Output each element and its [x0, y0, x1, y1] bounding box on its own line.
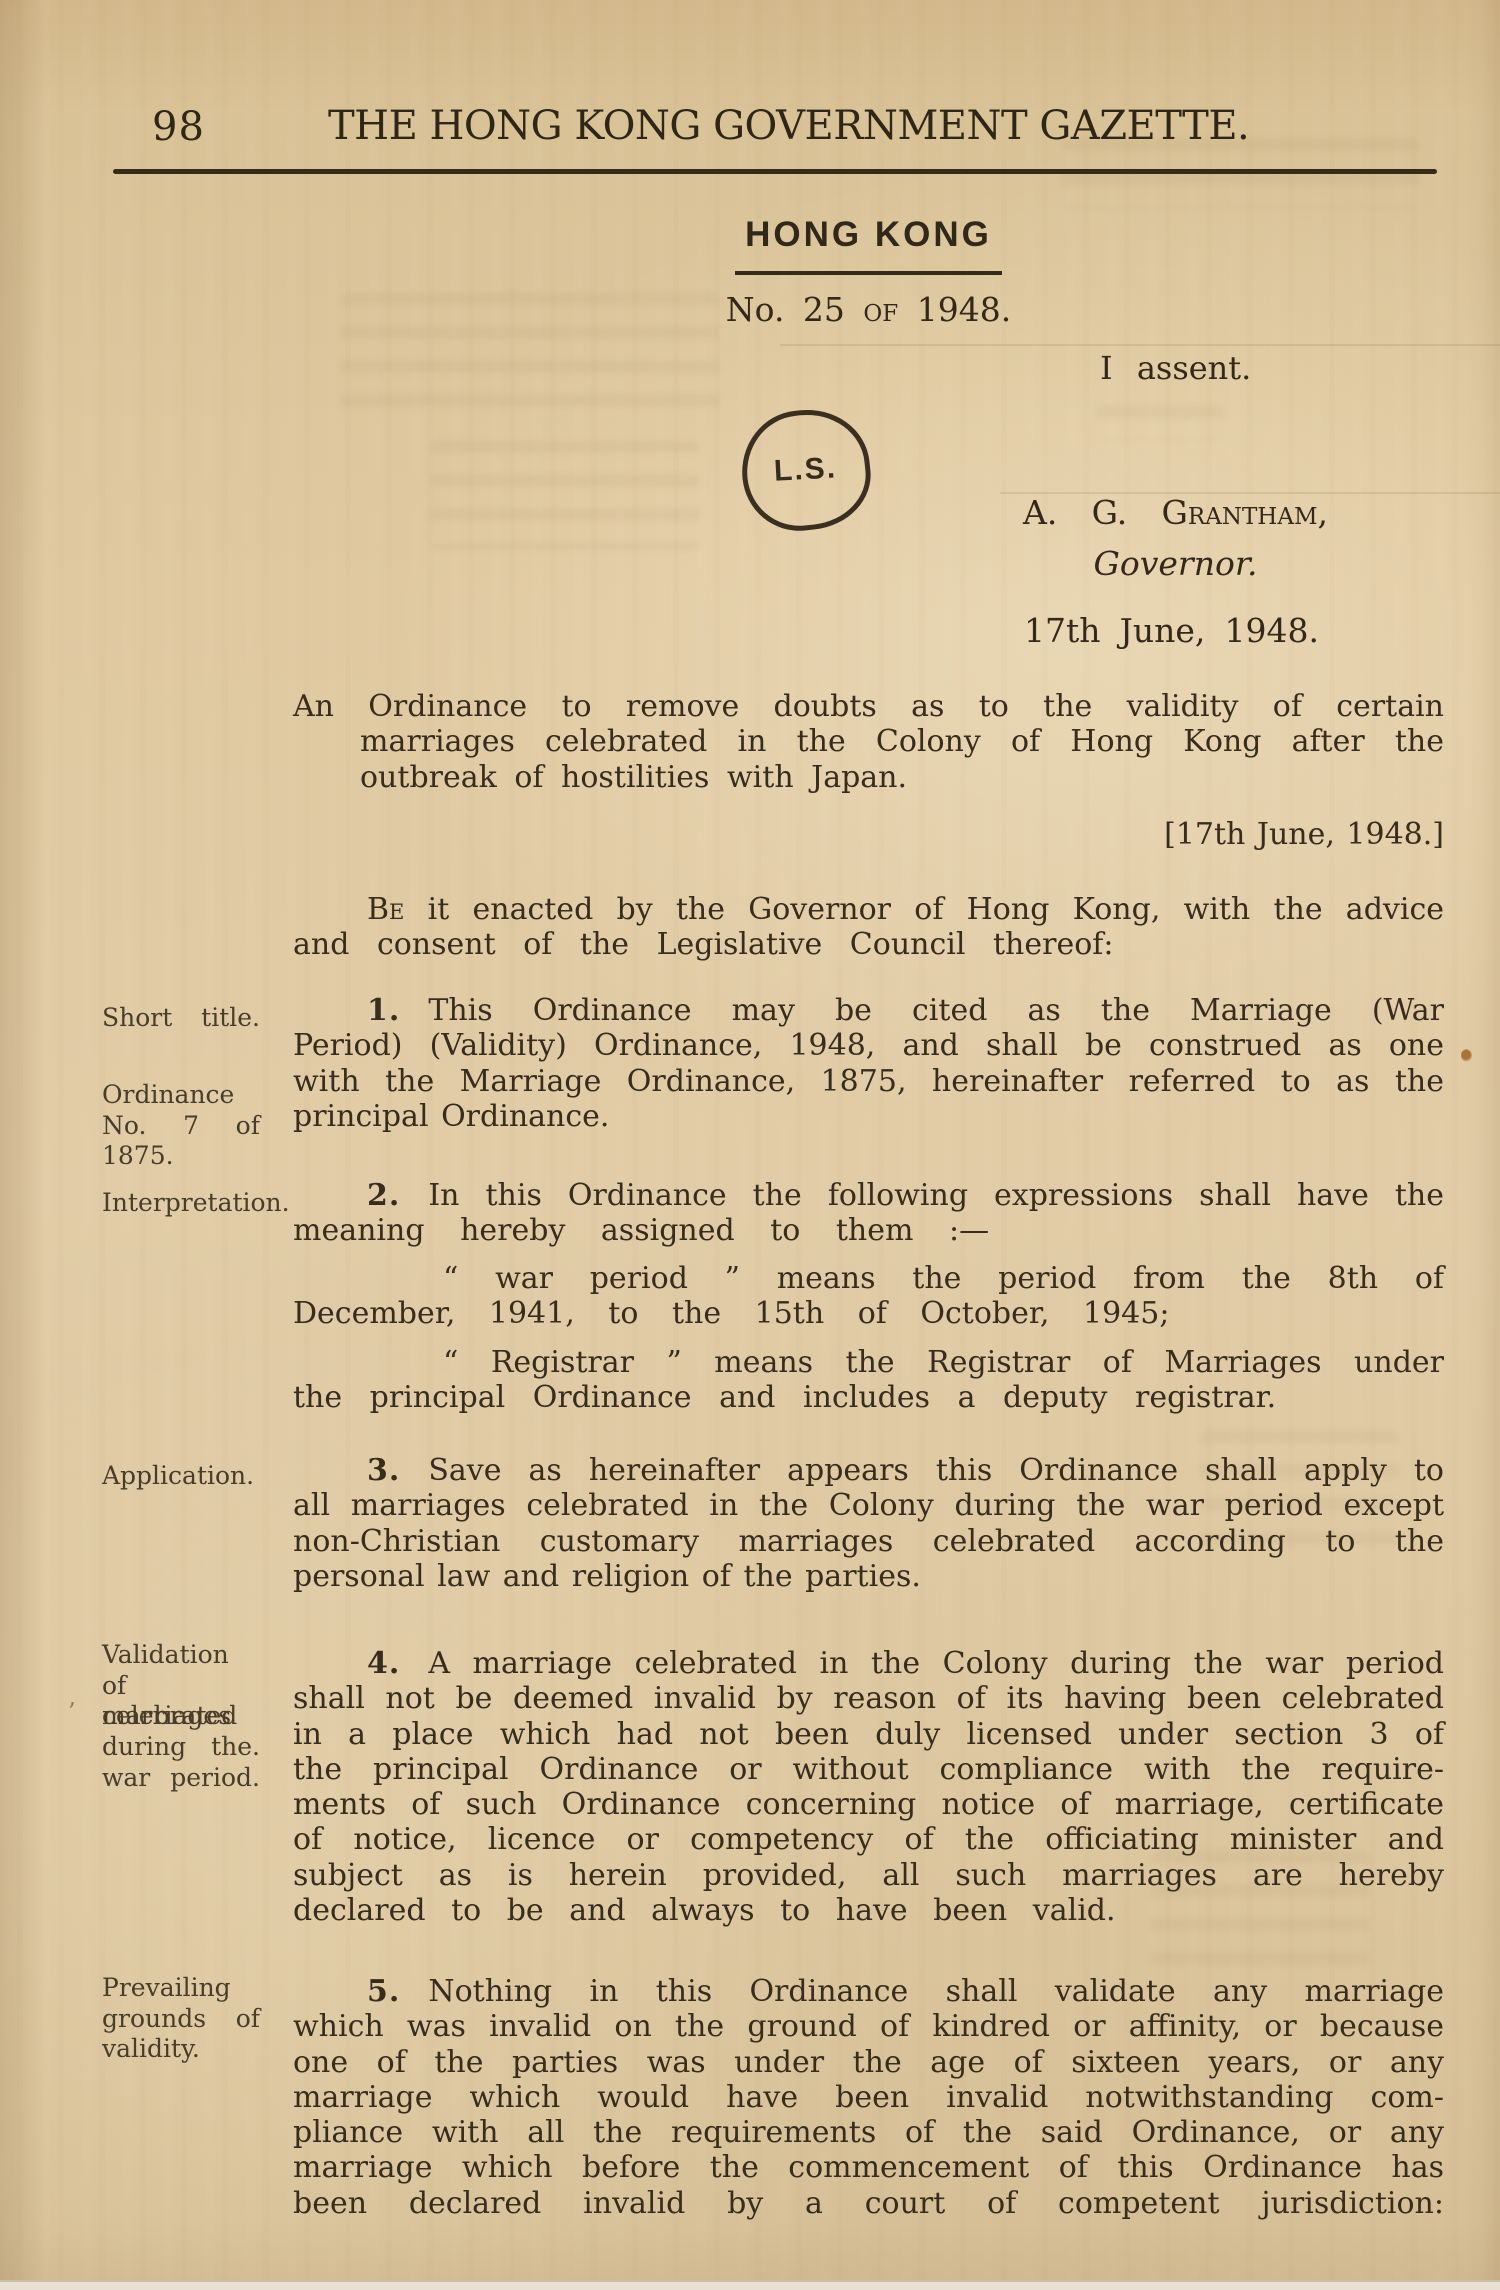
margin-note: Interpretation.: [102, 1188, 260, 1219]
stray-print-mark: ’: [68, 1698, 76, 1726]
text-line: An Ordinance to remove doubts as to the …: [293, 689, 1444, 724]
text-line: ments of such Ordinance concerning notic…: [293, 1787, 1444, 1822]
text-line: 2.In this Ordinance the following expres…: [293, 1178, 1444, 1213]
margin-note-line: 1875.: [102, 1141, 260, 1172]
text-line: been declared invalid by a court of comp…: [293, 2186, 1444, 2221]
section-3: 3.Save as hereinafter appears this Ordin…: [293, 1453, 1444, 1594]
text-line: subject as is herein provided, all such …: [293, 1858, 1444, 1893]
text-line: Period) (Validity) Ordinance, 1948, and …: [293, 1028, 1444, 1063]
section-5: 5.Nothing in this Ordinance shall valida…: [293, 1974, 1444, 2221]
margin-note-line: validity.: [102, 2034, 260, 2065]
section-number: 3.: [367, 1453, 400, 1488]
long-title: An Ordinance to remove doubts as to the …: [293, 689, 1444, 795]
margin-column: Short title.OrdinanceNo. 7 of1875.Interp…: [102, 0, 260, 2290]
text-line: which was invalid on the ground of kindr…: [293, 2009, 1444, 2044]
text-line: one of the parties was under the age of …: [293, 2045, 1444, 2080]
text-line: non-Christian customary marriages celebr…: [293, 1524, 1444, 1559]
section-2-def-registrar: “ Registrar ” means the Registrar of Mar…: [293, 1345, 1444, 1416]
text-line: declared to be and always to have been v…: [293, 1893, 1444, 1928]
scan-edge: [0, 2280, 1500, 2290]
margin-note-line: of marriages: [102, 1671, 260, 1702]
text-line: in a place which had not been duly licen…: [293, 1717, 1444, 1752]
margin-note: Application.: [102, 1461, 260, 1492]
commencement-date: [17th June, 1948.]: [293, 817, 1444, 852]
margin-note-line: Ordinance: [102, 1080, 260, 1111]
text-line: meaning hereby assigned to them :—: [293, 1213, 1444, 1248]
margin-note-line: Application.: [102, 1461, 260, 1492]
section-2: 2.In this Ordinance the following expres…: [293, 1178, 1444, 1249]
small-caps-letter: e: [389, 892, 404, 927]
text-line: of notice, licence or competency of the …: [293, 1822, 1444, 1857]
margin-note-line: grounds of: [102, 2004, 260, 2035]
margin-note-line: Validation: [102, 1640, 260, 1671]
text-line: and consent of the Legislative Council t…: [293, 927, 1444, 962]
margin-note-line: Interpretation.: [102, 1188, 260, 1219]
text-line: 3.Save as hereinafter appears this Ordin…: [293, 1453, 1444, 1488]
section-number: 5.: [367, 1974, 400, 2009]
text-line: principal Ordinance.: [293, 1099, 1444, 1134]
text-line: marriage which before the commencement o…: [293, 2150, 1444, 2185]
text-line: “ Registrar ” means the Registrar of Mar…: [293, 1345, 1444, 1380]
section-number: 2.: [367, 1178, 400, 1213]
text-line: outbreak of hostilities with Japan.: [293, 760, 1444, 795]
text-line: marriage which would have been invalid n…: [293, 2080, 1444, 2115]
margin-note: Short title.: [102, 1003, 260, 1034]
text-line: the principal Ordinance and includes a d…: [293, 1380, 1444, 1415]
margin-note: OrdinanceNo. 7 of1875.: [102, 1080, 260, 1172]
text-line: all marriages celebrated in the Colony d…: [293, 1488, 1444, 1523]
margin-note-line: Short title.: [102, 1003, 260, 1034]
section-number: 1.: [367, 993, 400, 1028]
text-line: Be it enacted by the Governor of Hong Ko…: [293, 892, 1444, 927]
margin-note: Validationof marriagescelebratedduring t…: [102, 1640, 260, 1793]
text-line: marriages celebrated in the Colony of Ho…: [293, 724, 1444, 759]
text-line: “ war period ” means the period from the…: [293, 1261, 1444, 1296]
section-2-def-war-period: “ war period ” means the period from the…: [293, 1261, 1444, 1332]
text-line: 5.Nothing in this Ordinance shall valida…: [293, 1974, 1444, 2009]
margin-note-line: during the.: [102, 1732, 260, 1763]
text-line: 4.A marriage celebrated in the Colony du…: [293, 1646, 1444, 1681]
text-line: shall not be deemed invalid by reason of…: [293, 1681, 1444, 1716]
text-line: with the Marriage Ordinance, 1875, herei…: [293, 1064, 1444, 1099]
text-line: December, 1941, to the 15th of October, …: [293, 1296, 1444, 1331]
margin-note-line: celebrated: [102, 1701, 260, 1732]
text-line: personal law and religion of the parties…: [293, 1559, 1444, 1594]
text-line: [17th June, 1948.]: [293, 817, 1444, 852]
text-line: pliance with all the requirements of the…: [293, 2115, 1444, 2150]
margin-note: Prevailinggrounds ofvalidity.: [102, 1973, 260, 2065]
text-line: 1.This Ordinance may be cited as the Mar…: [293, 993, 1444, 1028]
enacting-clause: Be it enacted by the Governor of Hong Ko…: [293, 892, 1444, 963]
margin-note-line: war period.: [102, 1763, 260, 1794]
section-4: 4.A marriage celebrated in the Colony du…: [293, 1646, 1444, 1928]
margin-note-line: Prevailing: [102, 1973, 260, 2004]
paper-stain-dot: [1461, 1049, 1472, 1062]
section-number: 4.: [367, 1646, 400, 1681]
section-1: 1.This Ordinance may be cited as the Mar…: [293, 993, 1444, 1134]
text-column: An Ordinance to remove doubts as to the …: [293, 0, 1444, 2290]
margin-note-line: No. 7 of: [102, 1111, 260, 1142]
text-line: the principal Ordinance or without compl…: [293, 1752, 1444, 1787]
